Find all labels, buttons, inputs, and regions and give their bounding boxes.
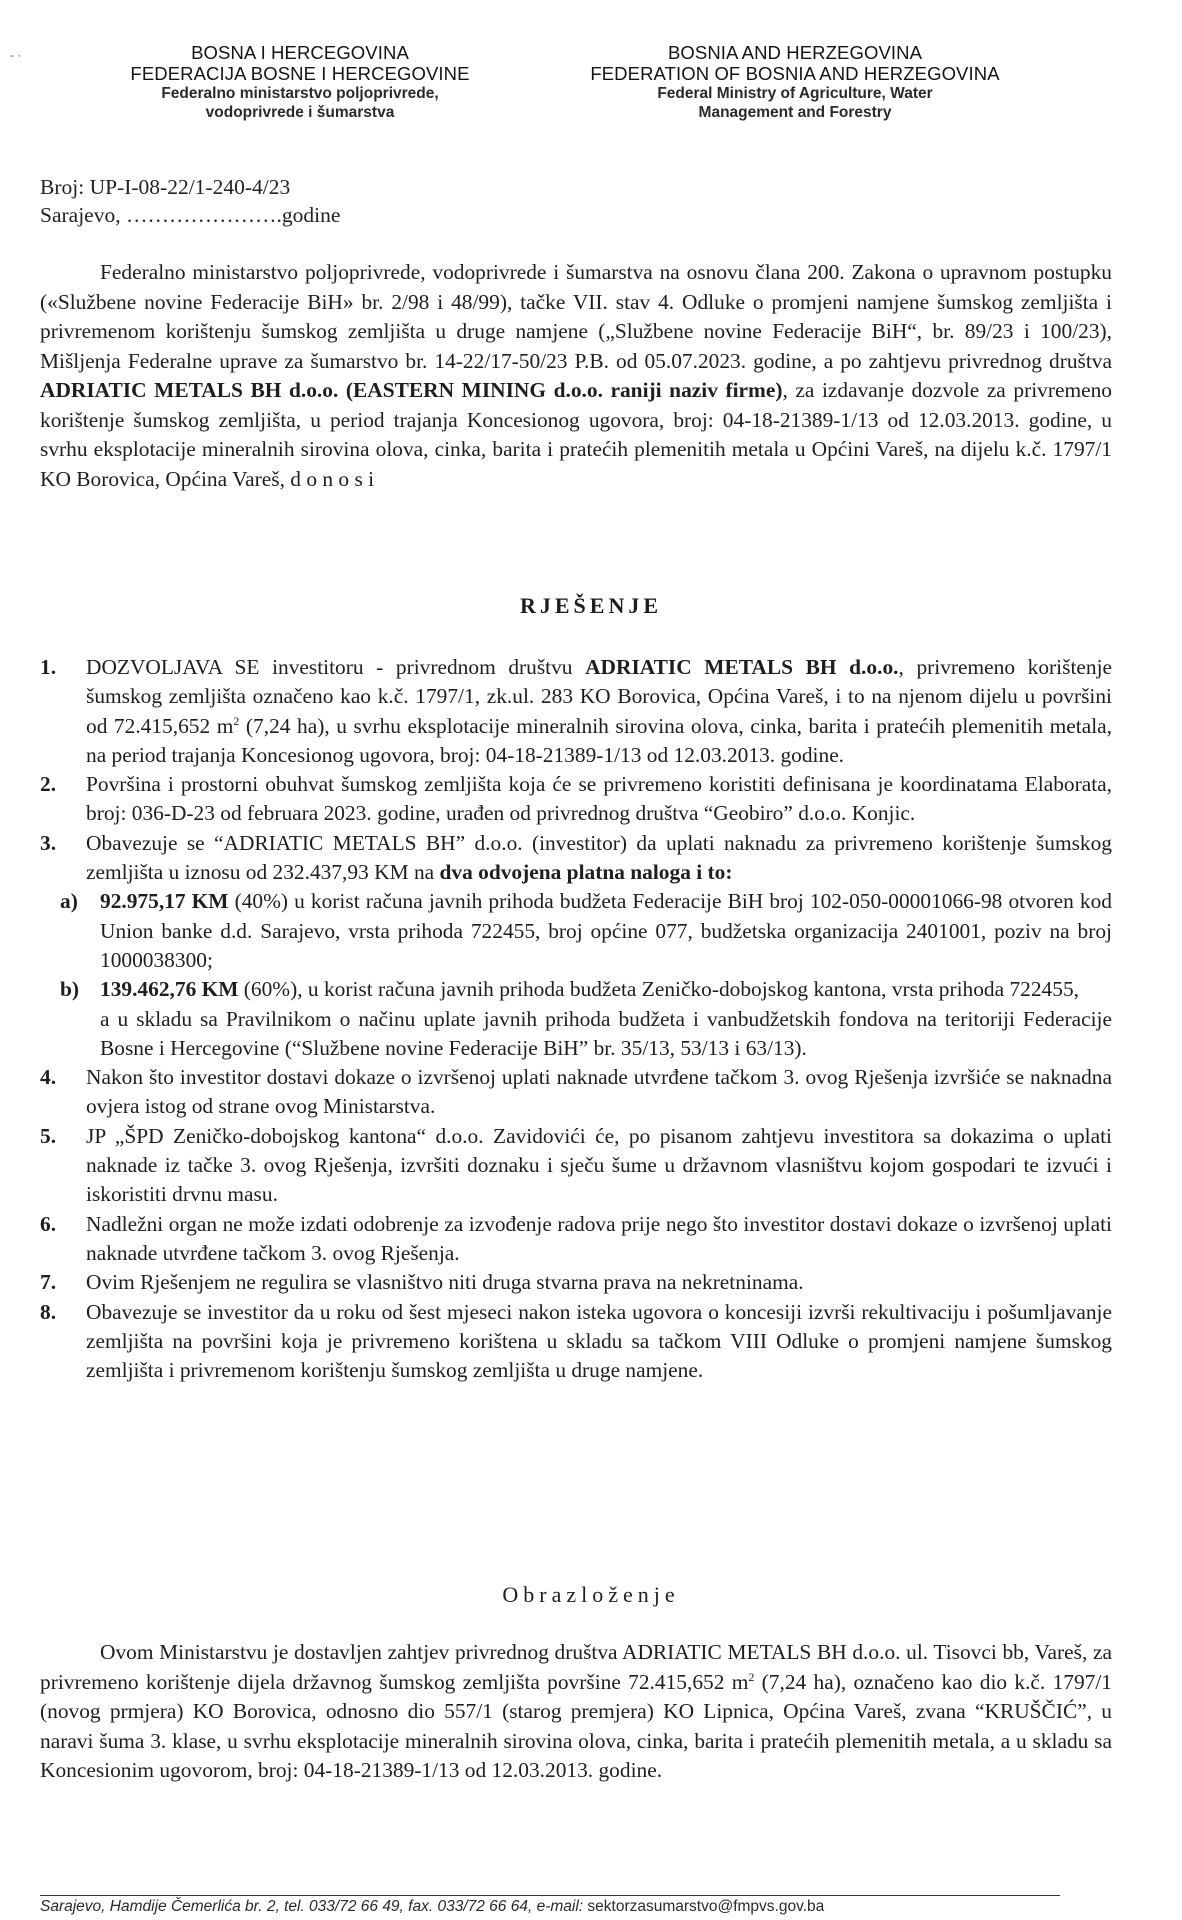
regulation-reference: a u skladu sa Pravilnikom o načinu uplat… <box>100 1007 1112 1060</box>
item-text: Obavezuje se investitor da u roku od šes… <box>86 1298 1112 1386</box>
item-number: 1. <box>40 653 86 770</box>
item-number: 2. <box>40 770 86 829</box>
ministry-name-en-line2: Management and Forestry <box>545 103 1045 122</box>
ministry-name-line2: vodoprivrede i šumarstva <box>100 103 500 122</box>
intro-company-name: ADRIATIC METALS BH d.o.o. (EASTERN MININ… <box>40 378 782 402</box>
item-number: 8. <box>40 1298 86 1386</box>
decision-item-5: 5. JP „ŠPD Zeničko-dobojskog kantona“ d.… <box>40 1122 1112 1210</box>
footer-email[interactable]: sektorzasumarstvo@fmpvs.gov.ba <box>587 1898 824 1915</box>
item-text: Obavezuje se “ADRIATIC METALS BH” d.o.o.… <box>86 829 1112 888</box>
document-meta: Broj: UP-I-08-22/1-240-4/23 Sarajevo, ……… <box>40 173 340 229</box>
sub-item-letter: b) <box>40 975 100 1063</box>
decision-items: 1. DOZVOLJAVA SE investitoru - privredno… <box>40 653 1112 1385</box>
footer-address: Sarajevo, Hamdije Čemerlića br. 2, tel. … <box>40 1898 587 1915</box>
decision-item-6: 6. Nadležni organ ne može izdati odobren… <box>40 1210 1112 1269</box>
country-name-en: BOSNIA AND HERZEGOVINA <box>545 42 1045 63</box>
letterhead-bosnian: BOSNA I HERCEGOVINA FEDERACIJA BOSNE I H… <box>100 42 500 122</box>
federation-name: FEDERACIJA BOSNE I HERCEGOVINE <box>100 63 500 84</box>
payment-amount-a: 92.975,17 KM <box>100 889 228 913</box>
country-name: BOSNA I HERCEGOVINA <box>100 42 500 63</box>
decision-item-3: 3. Obavezuje se “ADRIATIC METALS BH” d.o… <box>40 829 1112 888</box>
ministry-name-line1: Federalno ministarstvo poljoprivrede, <box>100 84 500 103</box>
footer-divider <box>40 1895 1060 1896</box>
reasoning-paragraph: Ovom Ministarstvu je dostavljen zahtjev … <box>40 1638 1112 1786</box>
sub-item-text: 92.975,17 KM (40%) u korist računa javni… <box>100 887 1112 975</box>
payment-order-b: b) 139.462,76 KM (60%), u korist računa … <box>40 975 1112 1063</box>
item-text: JP „ŠPD Zeničko-dobojskog kantona“ d.o.o… <box>86 1122 1112 1210</box>
place-date: Sarajevo, ………………….godine <box>40 201 340 229</box>
reasoning-title: Obrazloženje <box>0 1582 1182 1608</box>
decision-item-7: 7. Ovim Rješenjem ne regulira se vlasniš… <box>40 1268 1112 1297</box>
item-text: Nakon što investitor dostavi dokaze o iz… <box>86 1063 1112 1122</box>
decision-item-8: 8. Obavezuje se investitor da u roku od … <box>40 1298 1112 1386</box>
reference-number: Broj: UP-I-08-22/1-240-4/23 <box>40 173 340 201</box>
item-number: 3. <box>40 829 86 888</box>
sub-item-letter: a) <box>40 887 100 975</box>
decision-item-2: 2. Površina i prostorni obuhvat šumskog … <box>40 770 1112 829</box>
ministry-name-en-line1: Federal Ministry of Agriculture, Water <box>545 84 1045 103</box>
intro-text-1: Federalno ministarstvo poljoprivrede, vo… <box>40 260 1112 373</box>
item-text: Površina i prostorni obuhvat šumskog zem… <box>86 770 1112 829</box>
federation-name-en: FEDERATION OF BOSNIA AND HERZEGOVINA <box>545 63 1045 84</box>
payment-amount-b: 139.462,76 KM <box>100 977 238 1001</box>
footer-contact: Sarajevo, Hamdije Čemerlića br. 2, tel. … <box>40 1898 824 1916</box>
item-number: 7. <box>40 1268 86 1297</box>
decision-item-1: 1. DOZVOLJAVA SE investitoru - privredno… <box>40 653 1112 770</box>
payment-order-a: a) 92.975,17 KM (40%) u korist računa ja… <box>40 887 1112 975</box>
scan-marks: - · <box>10 48 21 62</box>
item-number: 4. <box>40 1063 86 1122</box>
sub-item-text: 139.462,76 KM (60%), u korist računa jav… <box>100 975 1112 1063</box>
item-number: 6. <box>40 1210 86 1269</box>
letterhead-english: BOSNIA AND HERZEGOVINA FEDERATION OF BOS… <box>545 42 1045 122</box>
decision-title: RJEŠENJE <box>0 593 1182 619</box>
item-text: Ovim Rješenjem ne regulira se vlasništvo… <box>86 1268 1112 1297</box>
decision-item-4: 4. Nakon što investitor dostavi dokaze o… <box>40 1063 1112 1122</box>
item-number: 5. <box>40 1122 86 1210</box>
item-text: Nadležni organ ne može izdati odobrenje … <box>86 1210 1112 1269</box>
item-text: DOZVOLJAVA SE investitoru - privrednom d… <box>86 653 1112 770</box>
intro-paragraph: Federalno ministarstvo poljoprivrede, vo… <box>40 258 1112 494</box>
